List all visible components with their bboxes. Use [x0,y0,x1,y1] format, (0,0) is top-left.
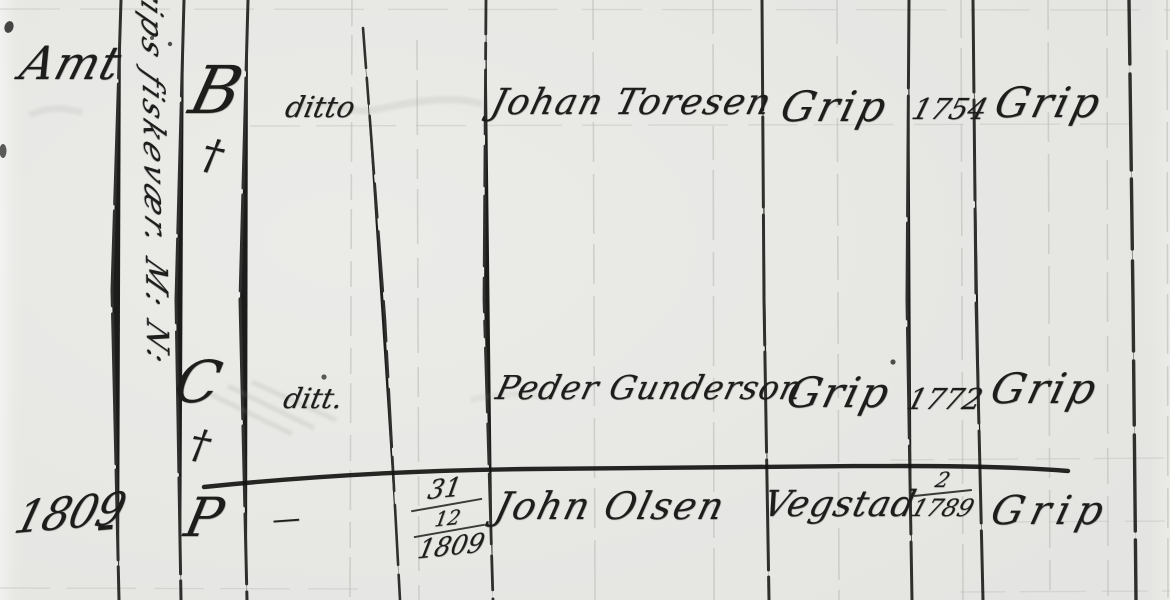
row1-birth-year: 1754 [908,92,992,126]
row3-home-parish: Vegstad [759,484,921,525]
row1-residence: Grip [990,78,1108,127]
row3-birth-fraction: 2 1789 [914,468,972,522]
row1-home-parish: Grip [776,82,894,131]
row3-birth-denominator: 1789 [908,494,978,522]
row3-residence: Grip [986,488,1115,534]
row3-birth-numerator: 2 [933,468,953,492]
row2-home-parish: Grip [782,368,896,417]
row2-birth-year: 1772 [903,382,987,416]
row2-name: Peder Gunderson [492,368,807,407]
row2-ditto-note: ditt. [280,382,345,415]
row3-ditto-dash: — [271,501,301,536]
margin-vertical-text: Grips fiskevær. M: N: [133,0,175,375]
row2-residence: Grip [986,364,1104,413]
row3-margin-tick: – [94,503,116,546]
row1-ditto-note: ditto [282,90,358,124]
row3-burial-date: 31 12 1809 [408,470,489,565]
margin-amt-note: Amt [14,36,128,90]
row3-name: John Olsen [491,484,731,528]
scanned-parish-register-page: Amt Grips fiskevær. M: N: B † ditto Joha… [0,0,1170,600]
row1-name: Johan Toresen [487,82,776,123]
